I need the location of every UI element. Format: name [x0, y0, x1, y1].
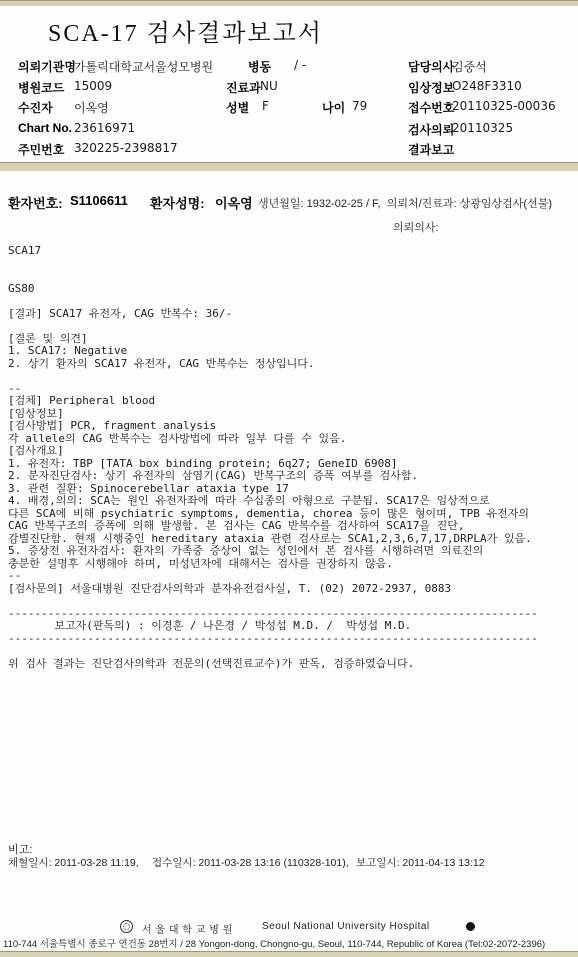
field-order-date-value: 20110325 [452, 121, 513, 135]
field-result-report-label: 결과보고 [408, 141, 454, 158]
hospital-logo-icon [120, 920, 133, 933]
report-line [8, 595, 573, 608]
report-line: 다른 SCA에 비해 psychiatric symptoms, dementi… [8, 508, 573, 521]
report-line: 1. 유전자: TBP [TATA box binding protein; 6… [8, 458, 573, 471]
report-line [8, 258, 573, 271]
field-ward-value: / - [294, 58, 306, 72]
field-age-value: 79 [352, 99, 367, 113]
footer-hospital-kr: 서 울 대 학 교 병 원 [142, 921, 233, 936]
report-line [8, 295, 573, 308]
field-sex-value: F [262, 99, 269, 113]
report-line: -- [8, 570, 573, 583]
field-resident-no-value: 320225-2398817 [74, 141, 178, 155]
report-line-contact: [검사문의] 서울대병원 진단검사의학과 분자유전검사실, T. (02) 20… [8, 583, 573, 596]
report-line: 5. 증상전 유전자검사: 환자의 가족중 증상이 없는 성인에서 본 검사를 … [8, 545, 573, 558]
dashed-separator: ----------------------------------------… [8, 633, 573, 646]
report-line-result: [결과] SCA17 유전자, CAG 반복수: 36/- [8, 308, 573, 321]
report-line: CAG 반복구조의 증폭에 의해 발생함. 본 검사는 CAG 반복수를 검사하… [8, 520, 573, 533]
patient-id-value: S1106611 [70, 193, 128, 208]
bottom-band [0, 951, 578, 957]
field-requesting-org-value: 가톨릭대학교서울성모병원 [74, 58, 213, 75]
patient-birth-info: 생년월일: 1932-02-25 / F, 의뢰처/진료과: 상광임상검사(선불… [258, 195, 552, 211]
field-resident-no-label: 주민번호 [18, 141, 64, 158]
report-line: 3. 관련 질환: Spinocerebellar ataxia type 17 [8, 483, 573, 496]
field-order-date-label: 검사의뢰 [408, 121, 454, 138]
top-band [0, 0, 578, 6]
report-line-reporters: 보고자(판독의) : 이경훈 / 나은경 / 박성섭 M.D. / 박성섭 M.… [8, 620, 573, 633]
field-doctor-value: 김중석 [452, 58, 487, 75]
report-line [8, 370, 573, 383]
report-line: 4. 배경,의의: SCA는 원인 유전자좌에 따라 수십종의 아형으로 구분됨… [8, 495, 573, 508]
field-clinical-info-label: 임상정보 [408, 79, 454, 96]
field-department-value: NU [260, 79, 278, 93]
field-sex-label: 성별 [226, 99, 249, 116]
field-requesting-org-label: 의뢰기관명 [18, 58, 76, 75]
report-page: SCA-17 검사결과보고서 의뢰기관명 가톨릭대학교서울성모병원 병동 / -… [0, 0, 578, 957]
field-chart-no-value: 23616971 [74, 121, 135, 135]
report-line: SCA17 [8, 245, 573, 258]
report-line [8, 645, 573, 658]
field-chart-no-label: Chart No. [18, 121, 72, 135]
report-body: SCA17 GS80 [결과] SCA17 유전자, CAG 반복수: 36/-… [8, 245, 573, 670]
footer-address: 110-744 서울특별시 종로구 연건동 28번지 / 28 Yongon-d… [3, 936, 545, 950]
footer-hospital-en: Seoul National University Hospital [262, 921, 430, 932]
report-line-conclusion-header: [결론 및 의견] [8, 333, 573, 346]
report-line: 2. 분자진단검사: 상기 유전자의 삼염기(CAG) 반복구조의 증폭 여부를… [8, 470, 573, 483]
patient-name-value: 이옥영 [215, 193, 253, 212]
report-line-specimen: [검체] Peripheral blood [8, 395, 573, 408]
field-department-label: 진료과 [226, 79, 261, 96]
report-line: 감별진단함. 현재 시행중인 hereditary ataxia 관련 검사로는… [8, 533, 573, 546]
patient-name-label: 환자성명: [150, 193, 205, 212]
field-doctor-label: 담당의사 [408, 58, 454, 75]
section-divider-band [0, 162, 578, 171]
report-datetime: 보고일시: 2011-04-13 13:12 [356, 855, 485, 870]
report-line [8, 320, 573, 333]
field-hospital-code-value: 15009 [74, 79, 112, 93]
field-ward-label: 병동 [248, 58, 271, 75]
report-line-overview-header: [검사개요] [8, 445, 573, 458]
report-line-verification: 위 검사 결과는 진단검사의학과 전문의(선택진료교수)가 판독, 검증하였습니… [8, 658, 573, 671]
report-line: 1. SCA17: Negative [8, 345, 573, 358]
report-line: [임상정보] [8, 408, 573, 421]
field-hospital-code-label: 병원코드 [18, 79, 64, 96]
receipt-datetime: 접수일시: 2011-03-28 13:16 (110328-101), [152, 855, 349, 870]
field-clinical-info-value: O248F3310 [452, 79, 522, 93]
report-line: 각 allele의 CAG 반복수는 검사방법에 따라 일부 다를 수 있음. [8, 433, 573, 446]
field-patient-label: 수진자 [18, 99, 53, 116]
field-accession-value: 20110325-00036 [452, 99, 556, 113]
page-title: SCA-17 검사결과보고서 [48, 13, 323, 48]
report-line-method: [검사방법] PCR, fragment analysis [8, 420, 573, 433]
collection-datetime: 채혈일시: 2011-03-28 11:19, [8, 855, 139, 870]
field-accession-label: 접수번호 [408, 99, 454, 116]
report-line: -- [8, 383, 573, 396]
report-line: 충분한 설명후 시행해야 하며, 미성년자에 대해서는 검사를 권장하지 않음. [8, 558, 573, 571]
report-line: 2. 상기 환자의 SCA17 유전자, CAG 반복수는 정상입니다. [8, 358, 573, 371]
patient-id-label: 환자번호: [8, 193, 63, 212]
field-patient-value: 이옥영 [74, 99, 109, 116]
seal-dot-icon [466, 922, 475, 931]
referring-doctor-label: 의뢰의사: [393, 219, 439, 235]
dashed-separator: ----------------------------------------… [8, 608, 573, 621]
report-line [8, 270, 573, 283]
report-line: GS80 [8, 283, 573, 296]
field-age-label: 나이 [322, 99, 345, 116]
